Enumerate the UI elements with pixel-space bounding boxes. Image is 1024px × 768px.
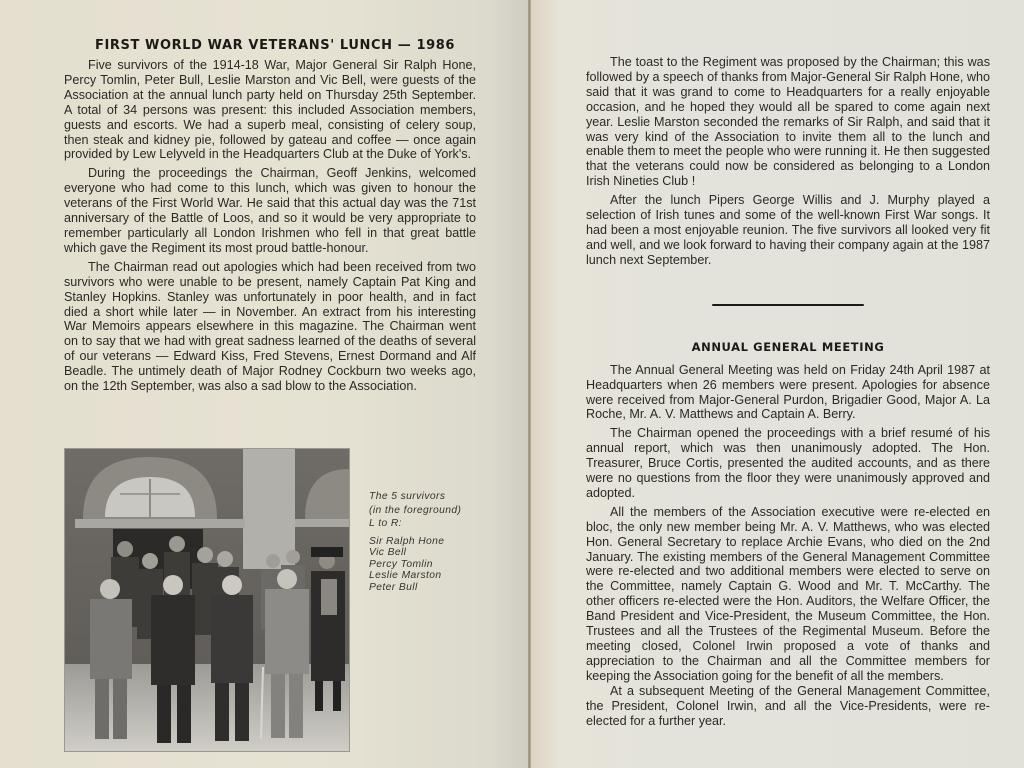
caption-line: L to R: [369, 517, 499, 531]
paragraph: All the members of the Association execu… [586, 505, 990, 684]
paragraph: The toast to the Regiment was proposed b… [586, 55, 990, 189]
left-column: FIRST WORLD WAR VETERANS' LUNCH — 1986 F… [64, 38, 476, 394]
paragraph: The Annual General Meeting was held on F… [586, 363, 990, 423]
paragraph: After the lunch Pipers George Willis and… [586, 193, 990, 268]
caption-name: Sir Ralph Hone [369, 536, 499, 548]
right-column: The toast to the Regiment was proposed b… [586, 55, 990, 728]
article-title: FIRST WORLD WAR VETERANS' LUNCH — 1986 [74, 38, 476, 53]
paragraph: The Chairman opened the proceedings with… [586, 426, 990, 501]
caption-name: Vic Bell [369, 547, 499, 559]
section-divider [712, 304, 864, 306]
caption-names: Sir Ralph Hone Vic Bell Percy Tomlin Les… [369, 536, 499, 594]
group-photo [64, 448, 350, 752]
paragraph: Five survivors of the 1914-18 War, Major… [64, 58, 476, 162]
caption-line: (in the foreground) [369, 504, 499, 518]
photo-illustration [65, 449, 349, 751]
section-title: ANNUAL GENERAL MEETING [586, 340, 990, 354]
caption-name: Leslie Marston [369, 570, 499, 582]
caption-name: Peter Bull [369, 582, 499, 594]
paragraph: During the proceedings the Chairman, Geo… [64, 166, 476, 255]
paragraph: At a subsequent Meeting of the General M… [586, 684, 990, 729]
caption-line: The 5 survivors [369, 490, 499, 504]
paragraph: The Chairman read out apologies which ha… [64, 260, 476, 394]
caption-name: Percy Tomlin [369, 559, 499, 571]
book-gutter [528, 0, 531, 768]
photo-caption: The 5 survivors (in the foreground) L to… [369, 490, 499, 593]
